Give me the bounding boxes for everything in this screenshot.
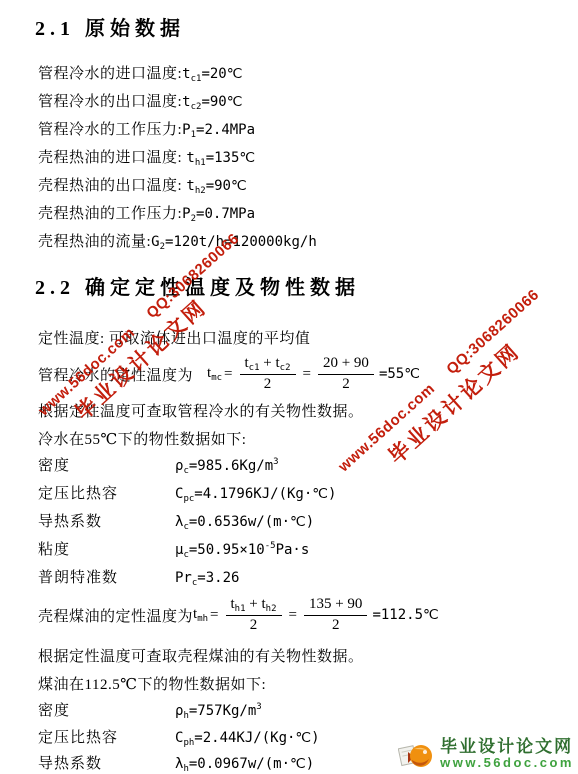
- data-line-cold-outlet-temp: 管程冷水的出口温度:tc2=90℃: [38, 92, 242, 112]
- hot-properties-title: 煤油在112.5℃下的物性数据如下:: [38, 675, 266, 695]
- cold-prandtl-row: 普朗特准数Prc=3.26: [38, 568, 239, 588]
- fraction: 20 + 90 2: [318, 355, 374, 393]
- watermark-qq: QQ:3068260066: [443, 286, 542, 378]
- data-line-cold-pressure: 管程冷水的工作压力:P1=2.4MPa: [38, 120, 255, 140]
- cold-properties-note: 根据定性温度可查取管程冷水的有关物性数据。: [38, 402, 364, 422]
- hot-qualitative-temp-formula: 壳程煤油的定性温度为 tmh = th1 + th2 2 = 135 + 90 …: [38, 592, 439, 638]
- data-line-hot-inlet-temp: 壳程热油的进口温度: th1=135℃: [38, 148, 255, 168]
- hot-heat-capacity-row: 定压比热容Cph=2.44KJ/(Kg·℃): [38, 728, 320, 748]
- logo-fish-icon: [398, 738, 436, 771]
- cold-viscosity-row: 粘度μc=50.95×10-5Pa·s: [38, 540, 309, 560]
- qualitative-temp-intro: 定性温度: 可取流体进出口温度的平均值: [38, 329, 310, 349]
- fraction: tc1 + tc2 2: [240, 355, 296, 393]
- section-2-1-heading: 2.1 原始数据: [35, 12, 185, 41]
- logo-url: www.56doc.com: [440, 756, 574, 770]
- hot-density-row: 密度ρh=757Kg/m3: [38, 701, 262, 721]
- data-line-hot-pressure: 壳程热油的工作压力:P2=0.7MPa: [38, 204, 255, 224]
- fraction: th1 + th2 2: [226, 596, 282, 634]
- site-logo: 毕业设计论文网 www.56doc.com: [398, 738, 574, 771]
- cold-heat-capacity-row: 定压比热容Cpc=4.1796KJ/(Kg·℃): [38, 484, 336, 504]
- cold-properties-title: 冷水在55℃下的物性数据如下:: [38, 430, 246, 450]
- fraction: 135 + 90 2: [304, 596, 367, 634]
- section-2-2-heading: 2.2 确定定性温度及物性数据: [35, 271, 360, 300]
- cold-conductivity-row: 导热系数λc=0.6536w/(m·℃): [38, 512, 314, 532]
- logo-title: 毕业设计论文网: [440, 738, 574, 756]
- hot-conductivity-row: 导热系数λh=0.0967w/(m·℃): [38, 754, 314, 774]
- cold-qualitative-temp-formula: 管程冷水的定性温度为 tmc = tc1 + tc2 2 = 20 + 90 2…: [38, 351, 420, 397]
- data-line-hot-flow: 壳程热油的流量:G2=120t/h=120000kg/h: [38, 232, 317, 252]
- data-line-hot-outlet-temp: 壳程热油的出口温度: th2=90℃: [38, 176, 247, 196]
- hot-properties-note: 根据定性温度可查取壳程煤油的有关物性数据。: [38, 647, 364, 667]
- data-line-cold-inlet-temp: 管程冷水的进口温度:tc1=20℃: [38, 64, 242, 84]
- document-page: 2.1 原始数据 管程冷水的进口温度:tc1=20℃ 管程冷水的出口温度:tc2…: [0, 0, 578, 774]
- cold-density-row: 密度ρc=985.6Kg/m3: [38, 456, 279, 476]
